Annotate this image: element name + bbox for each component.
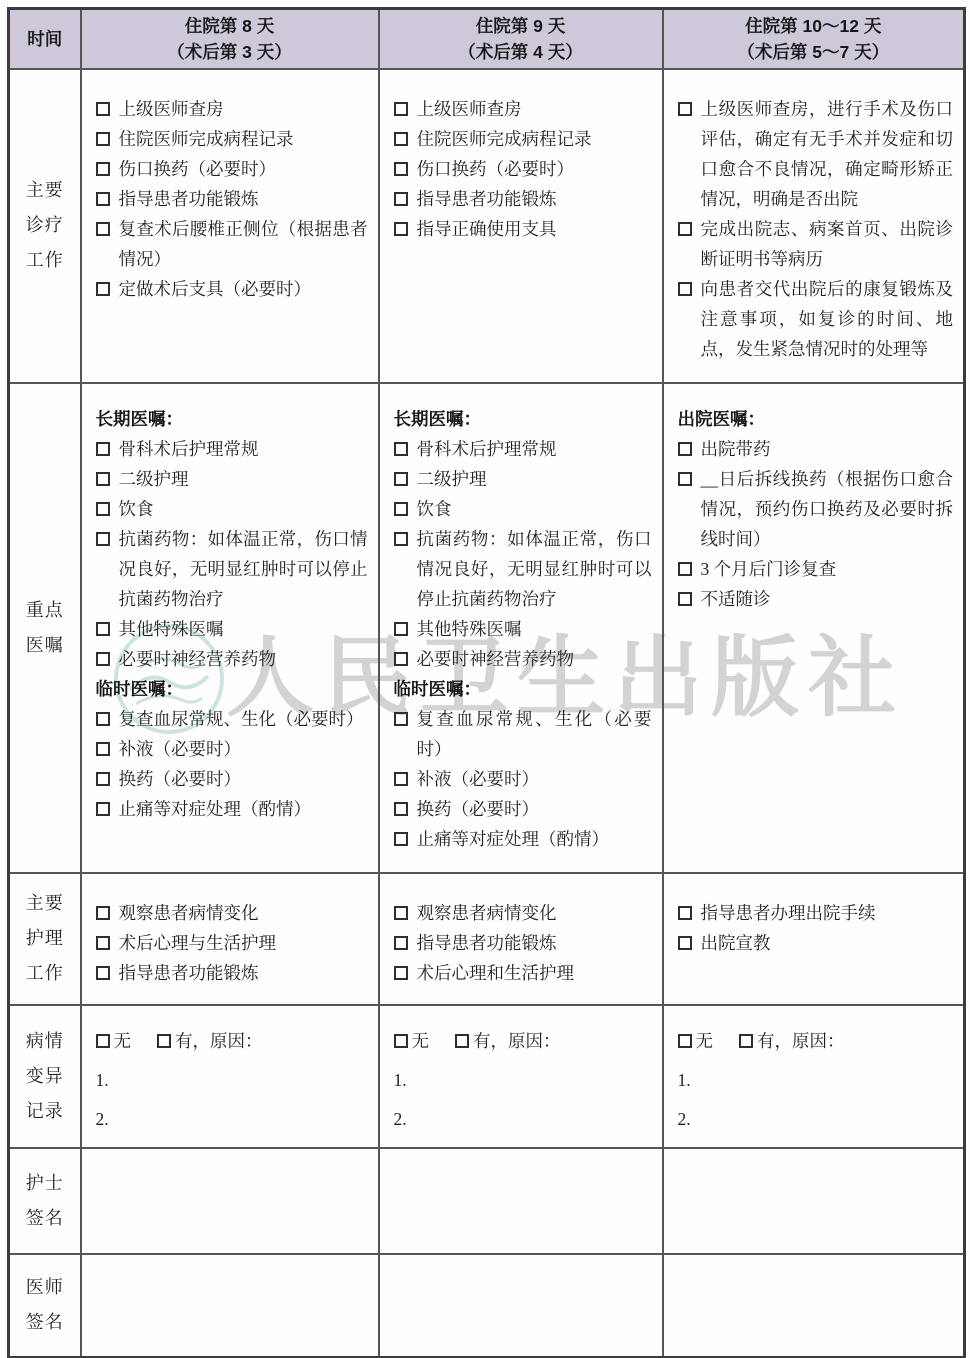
row-docsign: 医师签名 <box>9 1254 965 1358</box>
checklist-item: 换药（必要时） <box>96 764 368 794</box>
header-day10-12-line2: （术后第 5～7 天） <box>664 39 964 65</box>
row-label-line: 变异 <box>10 1059 80 1094</box>
variation-options: 无有，原因： <box>96 1022 368 1061</box>
checkbox[interactable] <box>394 222 408 236</box>
checklist-item: 住院医师完成病程记录 <box>96 124 368 154</box>
checklist-item: 止痛等对症处理（酌情） <box>96 794 368 824</box>
checklist-item: 复查血尿常规、生化（必要时） <box>394 704 652 764</box>
item-text: 指导患者功能锻炼 <box>119 958 368 988</box>
row-label-line: 主要 <box>10 886 80 921</box>
item-text: 必要时神经营养药物 <box>417 644 652 674</box>
checklist-item: 出院宣教 <box>678 928 954 958</box>
item-text: 复查血尿常规、生化（必要时） <box>119 704 368 734</box>
row-label-line: 签名 <box>10 1201 80 1236</box>
cell-nursesign-col1 <box>81 1148 379 1254</box>
checkbox[interactable] <box>394 532 408 546</box>
checklist-item: 骨科术后护理常规 <box>96 434 368 464</box>
checkbox[interactable] <box>678 282 692 296</box>
checkbox[interactable] <box>96 502 110 516</box>
row-care: 主要诊疗工作上级医师查房住院医师完成病程记录伤口换药（必要时）指导患者功能锻炼复… <box>9 69 965 383</box>
item-text: 伤口换药（必要时） <box>417 154 652 184</box>
item-text: 住院医师完成病程记录 <box>417 124 652 154</box>
item-text: 指导患者功能锻炼 <box>119 184 368 214</box>
checkbox[interactable] <box>96 712 110 726</box>
item-text: 饮食 <box>119 494 368 524</box>
variation-options: 无有，原因： <box>394 1022 652 1061</box>
item-text: 术后心理与生活护理 <box>119 928 368 958</box>
checkbox[interactable] <box>678 222 692 236</box>
item-text: 指导患者功能锻炼 <box>417 928 652 958</box>
option-label-no: 无 <box>696 1022 714 1061</box>
row-label-line: 主要 <box>10 173 80 208</box>
row-nursing: 主要护理工作观察患者病情变化术后心理与生活护理指导患者功能锻炼观察患者病情变化指… <box>9 873 965 1005</box>
row-label-line: 工作 <box>10 956 80 991</box>
cell-nursing-col1: 观察患者病情变化术后心理与生活护理指导患者功能锻炼 <box>81 873 379 1005</box>
orders-group-heading: 长期医嘱： <box>394 404 652 434</box>
text-line: 2. <box>678 1100 954 1139</box>
item-text: 完成出院志、病案首页、出院诊断证明书等病历 <box>701 214 954 274</box>
item-text: 补液（必要时） <box>119 734 368 764</box>
item-text: 换药（必要时） <box>119 764 368 794</box>
item-text: 必要时神经营养药物 <box>119 644 368 674</box>
checklist-item: 指导患者功能锻炼 <box>394 184 652 214</box>
table-body: 主要诊疗工作上级医师查房住院医师完成病程记录伤口换药（必要时）指导患者功能锻炼复… <box>9 69 965 1358</box>
item-text: 向患者交代出院后的康复锻炼及注意事项，如复诊的时间、地点，发生紧急情况时的处理等 <box>701 274 954 364</box>
checklist-item: 指导患者办理出院手续 <box>678 898 954 928</box>
header-day10-12-line1: 住院第 10～12 天 <box>664 13 964 39</box>
item-text: 上级医师查房 <box>119 94 368 124</box>
item-text: 骨科术后护理常规 <box>417 434 652 464</box>
table-wrapper: 时间 住院第 8 天 （术后第 3 天） 住院第 9 天 （术后第 4 天） 住… <box>7 7 966 1358</box>
row-label-nursing: 主要护理工作 <box>9 873 81 1005</box>
item-text: 定做术后支具（必要时） <box>119 274 368 304</box>
cell-orders-col2: 长期医嘱：骨科术后护理常规二级护理饮食抗菌药物：如体温正常，伤口情况良好，无明显… <box>379 383 663 873</box>
cell-docsign-col3 <box>663 1254 965 1358</box>
checkbox[interactable] <box>96 742 110 756</box>
checklist-item: 定做术后支具（必要时） <box>96 274 368 304</box>
cell-nursing-col2: 观察患者病情变化指导患者功能锻炼术后心理和生活护理 <box>379 873 663 1005</box>
checkbox[interactable] <box>394 652 408 666</box>
variation-options: 无有，原因： <box>678 1022 954 1061</box>
checklist-item: 必要时神经营养药物 <box>394 644 652 674</box>
checklist-item: 术后心理和生活护理 <box>394 958 652 988</box>
clinical-pathway-page: 人民卫生出版社 时间 住院第 8 天 （术后第 3 天） 住院第 9 天 （术后… <box>0 0 970 1358</box>
header-day10-12: 住院第 10～12 天 （术后第 5～7 天） <box>663 9 965 69</box>
checklist-item: 复查血尿常规、生化（必要时） <box>96 704 368 734</box>
checkbox[interactable] <box>394 712 408 726</box>
checkbox[interactable] <box>96 622 110 636</box>
checkbox[interactable] <box>678 472 692 486</box>
row-orders: 重点医嘱长期医嘱：骨科术后护理常规二级护理饮食抗菌药物：如体温正常，伤口情况良好… <box>9 383 965 873</box>
item-text: 止痛等对症处理（酌情） <box>119 794 368 824</box>
row-label-line: 医师 <box>10 1270 80 1305</box>
checkbox-yes[interactable] <box>455 1034 469 1048</box>
row-label-line: 护士 <box>10 1166 80 1201</box>
checklist-item: 指导正确使用支具 <box>394 214 652 244</box>
checkbox[interactable] <box>96 652 110 666</box>
option-label-yes: 有，原因： <box>473 1022 561 1061</box>
checkbox[interactable] <box>394 192 408 206</box>
checkbox[interactable] <box>678 906 692 920</box>
cell-nursesign-col3 <box>663 1148 965 1254</box>
item-text: 复查血尿常规、生化（必要时） <box>417 704 652 764</box>
row-label-line: 病情 <box>10 1024 80 1059</box>
checkbox[interactable] <box>96 162 110 176</box>
option-label-no: 无 <box>114 1022 132 1061</box>
checklist-item: 3 个月后门诊复查 <box>678 554 954 584</box>
item-text: 其他特殊医嘱 <box>417 614 652 644</box>
checkbox[interactable] <box>96 102 110 116</box>
cell-variation-col2: 无有，原因：1.2. <box>379 1005 663 1148</box>
checklist-item: 指导患者功能锻炼 <box>394 928 652 958</box>
item-text: 上级医师查房，进行手术及伤口评估，确定有无手术并发症和切口愈合不良情况，确定畸形… <box>701 94 954 214</box>
item-text: 上级医师查房 <box>417 94 652 124</box>
checkbox[interactable] <box>96 802 110 816</box>
checkbox[interactable] <box>96 906 110 920</box>
checklist-item: __日后拆线换药（根据伤口愈合情况，预约伤口换药及必要时拆线时间） <box>678 464 954 554</box>
header-time-label: 时间 <box>9 9 81 69</box>
item-text: 指导正确使用支具 <box>417 214 652 244</box>
checkbox[interactable] <box>96 532 110 546</box>
item-text: 补液（必要时） <box>417 764 652 794</box>
checkbox[interactable] <box>96 222 110 236</box>
orders-group-heading: 长期医嘱： <box>96 404 368 434</box>
option-label-yes: 有，原因： <box>175 1022 263 1061</box>
checkbox[interactable] <box>96 192 110 206</box>
checklist-item: 完成出院志、病案首页、出院诊断证明书等病历 <box>678 214 954 274</box>
checkbox[interactable] <box>394 906 408 920</box>
checkbox[interactable] <box>678 936 692 950</box>
checkbox-yes[interactable] <box>739 1034 753 1048</box>
item-text: 不适随诊 <box>701 584 954 614</box>
checkbox[interactable] <box>96 472 110 486</box>
checkbox[interactable] <box>96 772 110 786</box>
checklist-item: 其他特殊医嘱 <box>96 614 368 644</box>
option-label-no: 无 <box>412 1022 430 1061</box>
item-text: 出院宣教 <box>701 928 954 958</box>
clinical-pathway-table: 时间 住院第 8 天 （术后第 3 天） 住院第 9 天 （术后第 4 天） 住… <box>7 7 966 1358</box>
row-label-line: 重点 <box>10 593 80 628</box>
checklist-item: 观察患者病情变化 <box>394 898 652 928</box>
checklist-item: 二级护理 <box>96 464 368 494</box>
item-text: 3 个月后门诊复查 <box>701 554 954 584</box>
checklist-item: 术后心理与生活护理 <box>96 928 368 958</box>
row-label-docsign: 医师签名 <box>9 1254 81 1358</box>
cell-nursing-col3: 指导患者办理出院手续出院宣教 <box>663 873 965 1005</box>
item-text: 二级护理 <box>417 464 652 494</box>
row-label-line: 医嘱 <box>10 628 80 663</box>
text-line: 2. <box>96 1100 368 1139</box>
checklist-item: 补液（必要时） <box>394 764 652 794</box>
checklist-item: 指导患者功能锻炼 <box>96 184 368 214</box>
checkbox[interactable] <box>394 832 408 846</box>
checklist-item: 二级护理 <box>394 464 652 494</box>
item-text: __日后拆线换药（根据伤口愈合情况，预约伤口换药及必要时拆线时间） <box>701 464 954 554</box>
option-label-yes: 有，原因： <box>757 1022 845 1061</box>
cell-care-col3: 上级医师查房，进行手术及伤口评估，确定有无手术并发症和切口愈合不良情况，确定畸形… <box>663 69 965 383</box>
row-variation: 病情变异记录无有，原因：1.2.无有，原因：1.2.无有，原因：1.2. <box>9 1005 965 1148</box>
checkbox[interactable] <box>678 592 692 606</box>
item-text: 换药（必要时） <box>417 794 652 824</box>
item-text: 其他特殊医嘱 <box>119 614 368 644</box>
header-day9: 住院第 9 天 （术后第 4 天） <box>379 9 663 69</box>
item-text: 骨科术后护理常规 <box>119 434 368 464</box>
checklist-item: 换药（必要时） <box>394 794 652 824</box>
checklist-item: 向患者交代出院后的康复锻炼及注意事项，如复诊的时间、地点，发生紧急情况时的处理等 <box>678 274 954 364</box>
header-row: 时间 住院第 8 天 （术后第 3 天） 住院第 9 天 （术后第 4 天） 住… <box>9 9 965 69</box>
row-nursesign: 护士签名 <box>9 1148 965 1254</box>
cell-orders-col3: 出院医嘱：出院带药__日后拆线换药（根据伤口愈合情况，预约伤口换药及必要时拆线时… <box>663 383 965 873</box>
item-text: 饮食 <box>417 494 652 524</box>
item-text: 住院医师完成病程记录 <box>119 124 368 154</box>
checkbox[interactable] <box>96 966 110 980</box>
checklist-item: 骨科术后护理常规 <box>394 434 652 464</box>
row-label-nursesign: 护士签名 <box>9 1148 81 1254</box>
checklist-item: 饮食 <box>394 494 652 524</box>
checkbox[interactable] <box>394 772 408 786</box>
checkbox[interactable] <box>394 132 408 146</box>
checkbox[interactable] <box>394 102 408 116</box>
item-text: 术后心理和生活护理 <box>417 958 652 988</box>
cell-variation-col1: 无有，原因：1.2. <box>81 1005 379 1148</box>
text-line: 1. <box>678 1061 954 1100</box>
cell-orders-col1: 长期医嘱：骨科术后护理常规二级护理饮食抗菌药物：如体温正常，伤口情况良好，无明显… <box>81 383 379 873</box>
checkbox[interactable] <box>394 966 408 980</box>
checklist-item: 复查术后腰椎正侧位（根据患者情况） <box>96 214 368 274</box>
checklist-item: 伤口换药（必要时） <box>394 154 652 184</box>
header-day8-line2: （术后第 3 天） <box>82 39 378 65</box>
orders-group-heading: 临时医嘱： <box>394 674 652 704</box>
item-text: 止痛等对症处理（酌情） <box>417 824 652 854</box>
checkbox-yes[interactable] <box>157 1034 171 1048</box>
checkbox[interactable] <box>678 102 692 116</box>
row-label-line: 记录 <box>10 1094 80 1129</box>
checklist-item: 指导患者功能锻炼 <box>96 958 368 988</box>
checkbox[interactable] <box>394 936 408 950</box>
checkbox[interactable] <box>96 282 110 296</box>
checkbox[interactable] <box>96 442 110 456</box>
checkbox[interactable] <box>394 162 408 176</box>
checklist-item: 不适随诊 <box>678 584 954 614</box>
orders-group-heading: 出院医嘱： <box>678 404 954 434</box>
checkbox-no[interactable] <box>394 1034 408 1048</box>
checklist-item: 上级医师查房 <box>394 94 652 124</box>
cell-care-col2: 上级医师查房住院医师完成病程记录伤口换药（必要时）指导患者功能锻炼指导正确使用支… <box>379 69 663 383</box>
checkbox[interactable] <box>394 502 408 516</box>
header-day8: 住院第 8 天 （术后第 3 天） <box>81 9 379 69</box>
item-text: 二级护理 <box>119 464 368 494</box>
item-text: 抗菌药物：如体温正常，伤口情况良好，无明显红肿时可以停止抗菌药物治疗 <box>119 524 368 614</box>
checkbox[interactable] <box>678 442 692 456</box>
cell-variation-col3: 无有，原因：1.2. <box>663 1005 965 1148</box>
checkbox[interactable] <box>678 562 692 576</box>
checklist-item: 抗菌药物：如体温正常，伤口情况良好，无明显红肿时可以停止抗菌药物治疗 <box>96 524 368 614</box>
checkbox[interactable] <box>394 622 408 636</box>
text-line: 1. <box>96 1061 368 1100</box>
row-label-variation: 病情变异记录 <box>9 1005 81 1148</box>
checklist-item: 住院医师完成病程记录 <box>394 124 652 154</box>
checkbox[interactable] <box>96 936 110 950</box>
row-label-line: 护理 <box>10 921 80 956</box>
row-label-line: 诊疗 <box>10 208 80 243</box>
item-text: 观察患者病情变化 <box>119 898 368 928</box>
checklist-item: 观察患者病情变化 <box>96 898 368 928</box>
checklist-item: 必要时神经营养药物 <box>96 644 368 674</box>
checklist-item: 抗菌药物：如体温正常，伤口情况良好，无明显红肿时可以停止抗菌药物治疗 <box>394 524 652 614</box>
checklist-item: 其他特殊医嘱 <box>394 614 652 644</box>
checkbox[interactable] <box>96 132 110 146</box>
checklist-item: 补液（必要时） <box>96 734 368 764</box>
row-label-line: 签名 <box>10 1305 80 1340</box>
item-text: 观察患者病情变化 <box>417 898 652 928</box>
checklist-item: 饮食 <box>96 494 368 524</box>
header-day9-line2: （术后第 4 天） <box>380 39 662 65</box>
item-text: 指导患者功能锻炼 <box>417 184 652 214</box>
checkbox[interactable] <box>394 472 408 486</box>
checklist-item: 出院带药 <box>678 434 954 464</box>
text-line: 1. <box>394 1061 652 1100</box>
orders-group-heading: 临时医嘱： <box>96 674 368 704</box>
checkbox[interactable] <box>394 802 408 816</box>
header-day9-line1: 住院第 9 天 <box>380 13 662 39</box>
row-label-line: 工作 <box>10 243 80 278</box>
checklist-item: 止痛等对症处理（酌情） <box>394 824 652 854</box>
cell-docsign-col1 <box>81 1254 379 1358</box>
cell-care-col1: 上级医师查房住院医师完成病程记录伤口换药（必要时）指导患者功能锻炼复查术后腰椎正… <box>81 69 379 383</box>
item-text: 复查术后腰椎正侧位（根据患者情况） <box>119 214 368 274</box>
checkbox-no[interactable] <box>96 1034 110 1048</box>
checkbox[interactable] <box>394 442 408 456</box>
cell-docsign-col2 <box>379 1254 663 1358</box>
item-text: 指导患者办理出院手续 <box>701 898 954 928</box>
item-text: 伤口换药（必要时） <box>119 154 368 184</box>
checklist-item: 伤口换药（必要时） <box>96 154 368 184</box>
item-text: 抗菌药物：如体温正常，伤口情况良好，无明显红肿时可以停止抗菌药物治疗 <box>417 524 652 614</box>
item-text: 出院带药 <box>701 434 954 464</box>
checklist-item: 上级医师查房 <box>96 94 368 124</box>
checkbox-no[interactable] <box>678 1034 692 1048</box>
checklist-item: 上级医师查房，进行手术及伤口评估，确定有无手术并发症和切口愈合不良情况，确定畸形… <box>678 94 954 214</box>
row-label-care: 主要诊疗工作 <box>9 69 81 383</box>
cell-nursesign-col2 <box>379 1148 663 1254</box>
header-day8-line1: 住院第 8 天 <box>82 13 378 39</box>
row-label-orders: 重点医嘱 <box>9 383 81 873</box>
text-line: 2. <box>394 1100 652 1139</box>
